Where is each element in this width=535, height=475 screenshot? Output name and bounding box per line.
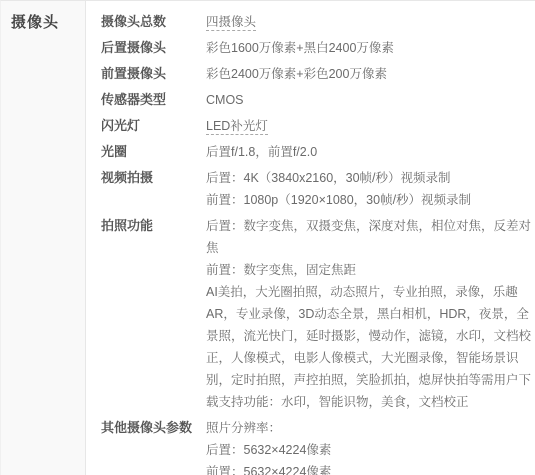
spec-value: 四摄像头 [206, 11, 535, 33]
spec-label: 前置摄像头 [101, 63, 206, 85]
spec-value: 后置：数字变焦，双摄变焦，深度对焦，相位对焦，反差对焦前置：数字变焦，固定焦距A… [206, 215, 535, 413]
spec-row: 前置摄像头彩色2400万像素+彩色200万像素 [101, 63, 535, 85]
spec-value-line: 照片分辨率： [206, 417, 535, 439]
spec-value-line: CMOS [206, 89, 535, 111]
spec-value-line: 后置：数字变焦，双摄变焦，深度对焦，相位对焦，反差对焦 [206, 215, 535, 259]
spec-value-line: 后置f/1.8，前置f/2.0 [206, 141, 535, 163]
term-tooltip-link[interactable]: 四摄像头 [206, 15, 256, 31]
spec-value-line: 前置：1080p（1920×1080，30帧/秒）视频录制 [206, 189, 535, 211]
spec-label: 传感器类型 [101, 89, 206, 111]
spec-value: 彩色2400万像素+彩色200万像素 [206, 63, 535, 85]
spec-row: 闪光灯LED补光灯 [101, 115, 535, 137]
spec-row: 视频拍摄后置：4K（3840x2160，30帧/秒）视频录制前置：1080p（1… [101, 167, 535, 211]
spec-label: 光圈 [101, 141, 206, 163]
spec-value: 后置：4K（3840x2160，30帧/秒）视频录制前置：1080p（1920×… [206, 167, 535, 211]
spec-row: 后置摄像头彩色1600万像素+黑白2400万像素 [101, 37, 535, 59]
spec-value-line: 彩色2400万像素+彩色200万像素 [206, 63, 535, 85]
spec-label: 后置摄像头 [101, 37, 206, 59]
spec-value-line: 后置：5632×4224像素 [206, 439, 535, 461]
spec-label: 摄像头总数 [101, 11, 206, 33]
term-tooltip-link[interactable]: LED补光灯 [206, 119, 268, 135]
spec-value-line: 后置：4K（3840x2160，30帧/秒）视频录制 [206, 167, 535, 189]
spec-value-line: 四摄像头 [206, 11, 535, 33]
spec-row: 拍照功能后置：数字变焦，双摄变焦，深度对焦，相位对焦，反差对焦前置：数字变焦，固… [101, 215, 535, 413]
spec-row: 其他摄像头参数照片分辨率：后置：5632×4224像素前置：5632×4224像… [101, 417, 535, 475]
spec-label: 其他摄像头参数 [101, 417, 206, 439]
spec-value: 彩色1600万像素+黑白2400万像素 [206, 37, 535, 59]
spec-row: 摄像头总数四摄像头 [101, 11, 535, 33]
spec-value: LED补光灯 [206, 115, 535, 137]
section-column: 摄像头 [1, 1, 86, 475]
spec-value-line: LED补光灯 [206, 115, 535, 137]
spec-value-line: AI美拍，大光圈拍照，动态照片，专业拍照，录像，乐趣AR，专业录像，3D动态全景… [206, 281, 535, 413]
spec-label: 闪光灯 [101, 115, 206, 137]
spec-row: 传感器类型CMOS [101, 89, 535, 111]
spec-row: 光圈后置f/1.8，前置f/2.0 [101, 141, 535, 163]
spec-value: 照片分辨率：后置：5632×4224像素前置：5632×4224像素 [206, 417, 535, 475]
section-title: 摄像头 [11, 11, 77, 32]
spec-value-line: 彩色1600万像素+黑白2400万像素 [206, 37, 535, 59]
camera-spec-table: 摄像头 摄像头总数四摄像头后置摄像头彩色1600万像素+黑白2400万像素前置摄… [0, 0, 535, 475]
spec-value-line: 前置：数字变焦，固定焦距 [206, 259, 535, 281]
spec-label: 拍照功能 [101, 215, 206, 237]
spec-rows-container: 摄像头总数四摄像头后置摄像头彩色1600万像素+黑白2400万像素前置摄像头彩色… [86, 1, 535, 475]
spec-value: 后置f/1.8，前置f/2.0 [206, 141, 535, 163]
spec-value: CMOS [206, 89, 535, 111]
spec-label: 视频拍摄 [101, 167, 206, 189]
spec-value-line: 前置：5632×4224像素 [206, 461, 535, 475]
